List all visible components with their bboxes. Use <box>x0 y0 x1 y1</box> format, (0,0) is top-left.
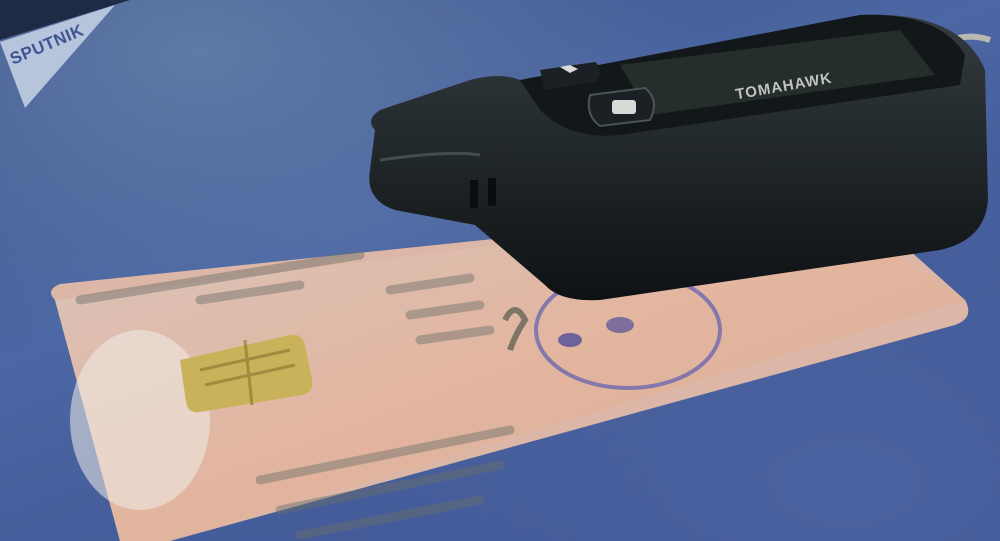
photo-svg <box>0 0 1000 541</box>
photo-scene: SPUTNIK TOMAHAWK <box>0 0 1000 541</box>
sputnik-logo: SPUTNIK <box>0 0 130 110</box>
